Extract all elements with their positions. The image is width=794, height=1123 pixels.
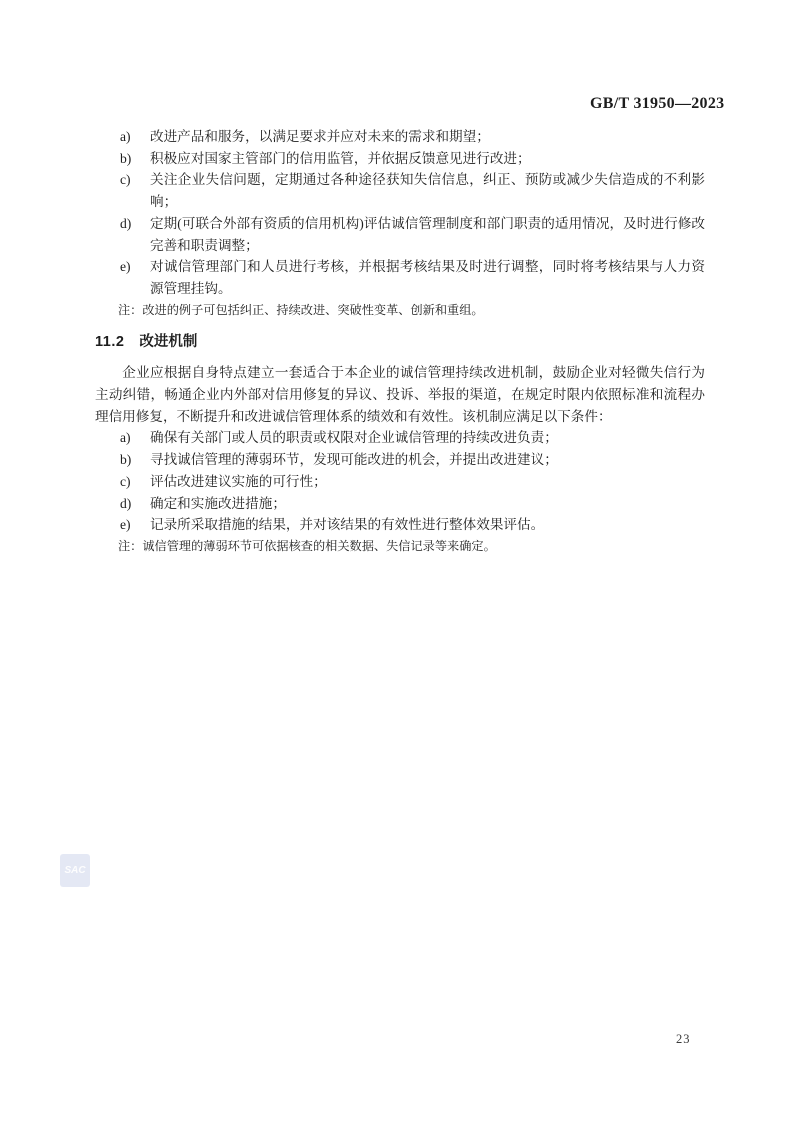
list-item: a) 改进产品和服务，以满足要求并应对未来的需求和期望； xyxy=(95,126,705,148)
list-item-text: 确定和实施改进措施； xyxy=(150,496,286,511)
list-item: b) 积极应对国家主管部门的信用监管，并依据反馈意见进行改进； xyxy=(95,148,705,170)
list-item: c) 评估改进建议实施的可行性； xyxy=(95,471,705,493)
note-label: 注： xyxy=(118,300,142,322)
list-item-text: 记录所采取措施的结果，并对该结果的有效性进行整体效果评估。 xyxy=(150,517,544,532)
list-item: b) 寻找诚信管理的薄弱环节，发现可能改进的机会，并提出改进建议； xyxy=(95,449,705,471)
list-item: c) 关注企业失信问题，定期通过各种途径获知失信信息，纠正、预防或减少失信造成的… xyxy=(95,169,705,212)
list-item-text: 积极应对国家主管部门的信用监管，并依据反馈意见进行改进； xyxy=(150,151,531,166)
list-item-text: 定期(可联合外部有资质的信用机构)评估诚信管理制度和部门职责的适用情况，及时进行… xyxy=(150,216,705,253)
list-item: d) 定期(可联合外部有资质的信用机构)评估诚信管理制度和部门职责的适用情况，及… xyxy=(95,213,705,256)
list-item-label: c) xyxy=(120,471,131,493)
list-top: a) 改进产品和服务，以满足要求并应对未来的需求和期望； b) 积极应对国家主管… xyxy=(95,126,705,300)
list-item: d) 确定和实施改进措施； xyxy=(95,493,705,515)
list-item: e) 记录所采取措施的结果，并对该结果的有效性进行整体效果评估。 xyxy=(95,514,705,536)
list-11-2: a) 确保有关部门或人员的职责或权限对企业诚信管理的持续改进负责； b) 寻找诚… xyxy=(95,427,705,536)
list-item-text: 评估改进建议实施的可行性； xyxy=(150,474,327,489)
list-item-label: e) xyxy=(120,514,131,536)
section-paragraph: 企业应根据自身特点建立一套适合于本企业的诚信管理持续改进机制，鼓励企业对轻微失信… xyxy=(95,362,705,427)
note-label: 注： xyxy=(118,536,142,558)
list-item-text: 关注企业失信问题，定期通过各种途径获知失信信息，纠正、预防或减少失信造成的不利影… xyxy=(150,172,705,209)
section-title: 改进机制 xyxy=(139,334,197,350)
note-text: 诚信管理的薄弱环节可依据核查的相关数据、失信记录等来确定。 xyxy=(142,536,495,558)
list-item-text: 对诚信管理部门和人员进行考核，并根据考核结果及时进行调整，同时将考核结果与人力资… xyxy=(150,259,705,296)
list-item-text: 寻找诚信管理的薄弱环节，发现可能改进的机会，并提出改进建议； xyxy=(150,452,558,467)
section-heading-11-2: 11.2改进机制 xyxy=(95,331,705,353)
sac-watermark-logo: SAC xyxy=(60,854,90,887)
list-item: e) 对诚信管理部门和人员进行考核，并根据考核结果及时进行调整，同时将考核结果与… xyxy=(95,256,705,299)
list-item-label: d) xyxy=(120,213,131,235)
page-content: a) 改进产品和服务，以满足要求并应对未来的需求和期望； b) 积极应对国家主管… xyxy=(95,126,705,558)
list-item: a) 确保有关部门或人员的职责或权限对企业诚信管理的持续改进负责； xyxy=(95,427,705,449)
note-text: 改进的例子可包括纠正、持续改进、突破性变革、创新和重组。 xyxy=(142,300,483,322)
list-item-label: a) xyxy=(120,126,131,148)
list-item-label: b) xyxy=(120,449,131,471)
list-item-label: c) xyxy=(120,169,131,191)
page-number: 23 xyxy=(676,1032,691,1047)
list-item-label: a) xyxy=(120,427,131,449)
note-weak-links: 注： 诚信管理的薄弱环节可依据核查的相关数据、失信记录等来确定。 xyxy=(95,536,705,558)
list-item-text: 确保有关部门或人员的职责或权限对企业诚信管理的持续改进负责； xyxy=(150,430,558,445)
section-number: 11.2 xyxy=(95,334,124,350)
list-item-label: b) xyxy=(120,148,131,170)
note-improvement-examples: 注： 改进的例子可包括纠正、持续改进、突破性变革、创新和重组。 xyxy=(95,300,705,322)
document-page: GB/T 31950—2023 a) 改进产品和服务，以满足要求并应对未来的需求… xyxy=(0,0,794,1123)
list-item-label: d) xyxy=(120,493,131,515)
list-item-text: 改进产品和服务，以满足要求并应对未来的需求和期望； xyxy=(150,129,490,144)
sac-watermark-text: SAC xyxy=(64,865,85,876)
standard-code: GB/T 31950—2023 xyxy=(590,95,720,113)
list-item-label: e) xyxy=(120,256,131,278)
